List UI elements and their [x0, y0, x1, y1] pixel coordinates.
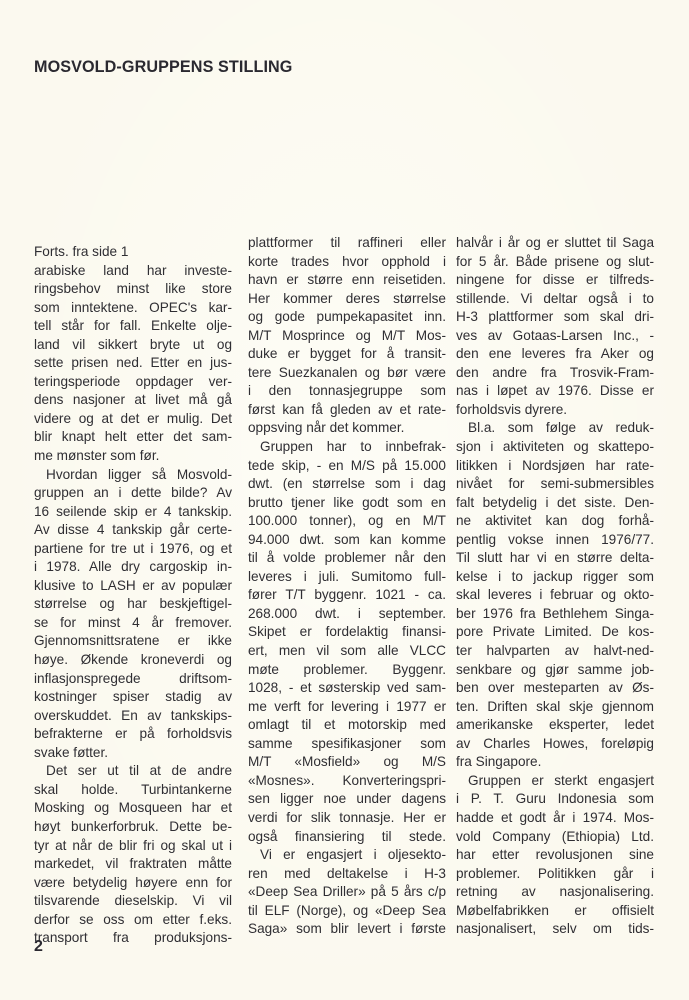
text-line: ren med deltakelse i H-3: [248, 865, 446, 884]
text-line: problemer. Politikken går i: [456, 865, 654, 884]
text-line: av Charles Howes, foreløpig: [456, 735, 654, 754]
text-line: Her kommer deres størrelse: [248, 290, 446, 309]
text-line: Gruppen har to innbefrak-: [248, 438, 446, 457]
text-line: sette prisen ned. Etter en jus-: [34, 354, 232, 373]
text-line: Skipet er fordelaktig finansi-: [248, 623, 446, 642]
text-line: Til slutt har vi en større delta-: [456, 549, 654, 568]
text-line: møte problemer. Byggenr.: [248, 661, 446, 680]
text-line: Gjennomsnittsratene er ikke: [34, 632, 232, 651]
text-line: for 5 år. Både prisene og slut-: [456, 253, 654, 272]
text-line: 94.000 dwt. som kan komme: [248, 531, 446, 550]
text-line: først kan få gleden av et rate-: [248, 401, 446, 420]
text-line: amerikanske eksperter, ledet: [456, 716, 654, 735]
text-line: i P. T. Guru Indonesia som: [456, 790, 654, 809]
text-line: se for minst 4 år fremover.: [34, 614, 232, 633]
text-line: fra Singapore.: [456, 753, 654, 772]
text-line: Gruppen er sterkt engasjert: [456, 772, 654, 791]
text-line: Mosking og Mosqueen har et: [34, 799, 232, 818]
text-line: til å volde problemer når den: [248, 549, 446, 568]
text-line: korte trades hvor opphold i: [248, 253, 446, 272]
text-line: me verft for levering i 1977 er: [248, 698, 446, 717]
text-line: være betydelig høyere enn for: [34, 874, 232, 893]
text-line: blir knapt helt etter det sam-: [34, 428, 232, 447]
text-line: pore Private Limited. De kos-: [456, 623, 654, 642]
page-number: 2: [34, 938, 43, 956]
text-line: ves av Gotaas-Larsen Inc., -: [456, 327, 654, 346]
text-line: i 1978. Alle dry cargoskip in-: [34, 558, 232, 577]
text-line: arabiske land har investe-: [34, 262, 232, 281]
text-line: den ene leveres fra Aker og: [456, 345, 654, 364]
text-line: markedet, vil fraktraten måtte: [34, 855, 232, 874]
text-line: Av disse 4 tankskip går certe-: [34, 521, 232, 540]
text-line: falt betydelig i det siste. Den-: [456, 494, 654, 513]
text-line: nivået for semi-submersibles: [456, 475, 654, 494]
text-line: har etter revolusjonen sine: [456, 846, 654, 865]
text-line: høyt bunkerforbruk. Dette be-: [34, 818, 232, 837]
text-line: transport fra produksjons-: [34, 929, 232, 948]
text-line: derfor se oss om etter f.eks.: [34, 911, 232, 930]
text-line: gruppen an i dette bilde? Av: [34, 484, 232, 503]
text-line: tilsvarende dieselskip. Vi vil: [34, 892, 232, 911]
text-line: klusive to LASH er av populær: [34, 577, 232, 596]
text-line: tere Suezkanalen og bør være: [248, 364, 446, 383]
text-line: tyr at når de blir fri og skal ut i: [34, 837, 232, 856]
text-line: duke er bygget for å transit-: [248, 345, 446, 364]
text-line: M/T Mosprince og M/T Mos-: [248, 327, 446, 346]
text-line: 1028, - et søsterskip ved sam-: [248, 679, 446, 698]
text-line: ert, men vil som alle VLCC: [248, 642, 446, 661]
text-line: retning av nasjonalisering.: [456, 883, 654, 902]
text-column-3: halvår i år og er sluttet til Sagafor 5 …: [456, 234, 654, 939]
text-line: den andre fra Trosvik-Fram-: [456, 364, 654, 383]
text-line: Vi er engasjert i oljesekto-: [248, 846, 446, 865]
text-line: til ELF (Norge), og «Deep Sea: [248, 902, 446, 921]
text-line: 16 seilende skip er 4 tankskip.: [34, 503, 232, 522]
text-line: overskuddet. En av tankskips-: [34, 707, 232, 726]
text-line: størrelse og har beskjeftigel-: [34, 595, 232, 614]
text-line: kelse i to jackup rigger som: [456, 568, 654, 587]
text-line: dwt. (en størrelse som i dag: [248, 475, 446, 494]
text-line: også finansiering til stede.: [248, 828, 446, 847]
continuation-note: Forts. fra side 1: [34, 243, 232, 262]
text-line: sjon i aktiviteten og skattepo-: [456, 438, 654, 457]
text-line: ten. Driften skal skje gjennom: [456, 698, 654, 717]
text-line: verdi for slik tonnasje. Her er: [248, 809, 446, 828]
text-line: forholdsvis dyrere.: [456, 401, 654, 420]
text-line: ningene for disse er tilfreds-: [456, 271, 654, 290]
text-line: omlagt til et motorskip med: [248, 716, 446, 735]
text-line: høye. Økende kroneverdi og: [34, 651, 232, 670]
text-line: nas i løpet av 1976. Disse er: [456, 382, 654, 401]
text-line: og gode pumpekapasitet inn.: [248, 308, 446, 327]
text-line: M/T «Mosfield» og M/S: [248, 753, 446, 772]
text-line: stillende. Vi deltar også i to: [456, 290, 654, 309]
text-line: havn er større enn reisetiden.: [248, 271, 446, 290]
text-line: Hvordan ligger så Mosvold-: [34, 466, 232, 485]
text-line: ne aktivitet kan dog forhå-: [456, 512, 654, 531]
article-title: MOSVOLD-GRUPPENS STILLING: [34, 58, 292, 77]
text-line: Møbelfabrikken er offisielt: [456, 902, 654, 921]
text-line: Det ser ut til at de andre: [34, 762, 232, 781]
text-line: tede skip, - en M/S på 15.000: [248, 457, 446, 476]
text-line: skal leveres i februar og okto-: [456, 586, 654, 605]
text-line: hadde et godt år i 1974. Mos-: [456, 809, 654, 828]
text-line: partiene for tre ut i 1976, og et: [34, 540, 232, 559]
text-line: sen ligger noe under dagens: [248, 790, 446, 809]
text-line: 100.000 tonner), og en M/T: [248, 512, 446, 531]
text-line: Saga» som blir levert i første: [248, 920, 446, 939]
text-line: ber 1976 fra Bethlehem Singa-: [456, 605, 654, 624]
text-line: samme spesifikasjoner som: [248, 735, 446, 754]
text-line: i den tonnasjegruppe som: [248, 382, 446, 401]
text-line: kostninger spiser stadig av: [34, 688, 232, 707]
text-line: halvår i år og er sluttet til Saga: [456, 234, 654, 253]
text-line: tell står for fall. Enkelte olje-: [34, 317, 232, 336]
text-line: teringsperiode oppdager ver-: [34, 373, 232, 392]
text-line: ringsbehov minst like store: [34, 280, 232, 299]
text-line: dens nasjoner at livet må gå: [34, 391, 232, 410]
text-line: brutto tjener like godt som en: [248, 494, 446, 513]
text-line: ben over mesteparten av Øs-: [456, 679, 654, 698]
text-line: me mønster som før.: [34, 447, 232, 466]
text-line: svake føtter.: [34, 744, 232, 763]
text-line: skal holde. Turbintankerne: [34, 781, 232, 800]
text-line: «Deep Sea Driller» på 5 års c/p: [248, 883, 446, 902]
text-line: H-3 plattformer som skal dri-: [456, 308, 654, 327]
text-line: leveres i juli. Sumitomo full-: [248, 568, 446, 587]
text-line: fører T/T byggenr. 1021 - ca.: [248, 586, 446, 605]
text-line: oppsving når det kommer.: [248, 419, 446, 438]
text-line: ter halvparten av halvt-ned-: [456, 642, 654, 661]
text-line: «Mosnes». Konverteringspri-: [248, 772, 446, 791]
text-line: videre og at det er mulig. Det: [34, 410, 232, 429]
text-line: plattformer til raffineri eller: [248, 234, 446, 253]
text-column-1: Forts. fra side 1arabiske land har inves…: [34, 243, 232, 948]
text-line: nasjonalisert, selv om tids-: [456, 920, 654, 939]
text-line: pentlig vokse innen 1976/77.: [456, 531, 654, 550]
text-line: litikken i Nordsjøen har rate-: [456, 457, 654, 476]
text-line: land vil sikkert bryte ut og: [34, 336, 232, 355]
text-line: Bl.a. som følge av reduk-: [456, 419, 654, 438]
text-line: senkbare og gjør samme job-: [456, 661, 654, 680]
text-line: inflasjonspregede driftsom-: [34, 670, 232, 689]
text-line: befrakterne er på forholdsvis: [34, 725, 232, 744]
text-line: vold Company (Ethiopia) Ltd.: [456, 828, 654, 847]
text-column-2: plattformer til raffineri ellerkorte tra…: [248, 234, 446, 939]
text-line: som inntektene. OPEC's kar-: [34, 299, 232, 318]
text-line: 268.000 dwt. i september.: [248, 605, 446, 624]
